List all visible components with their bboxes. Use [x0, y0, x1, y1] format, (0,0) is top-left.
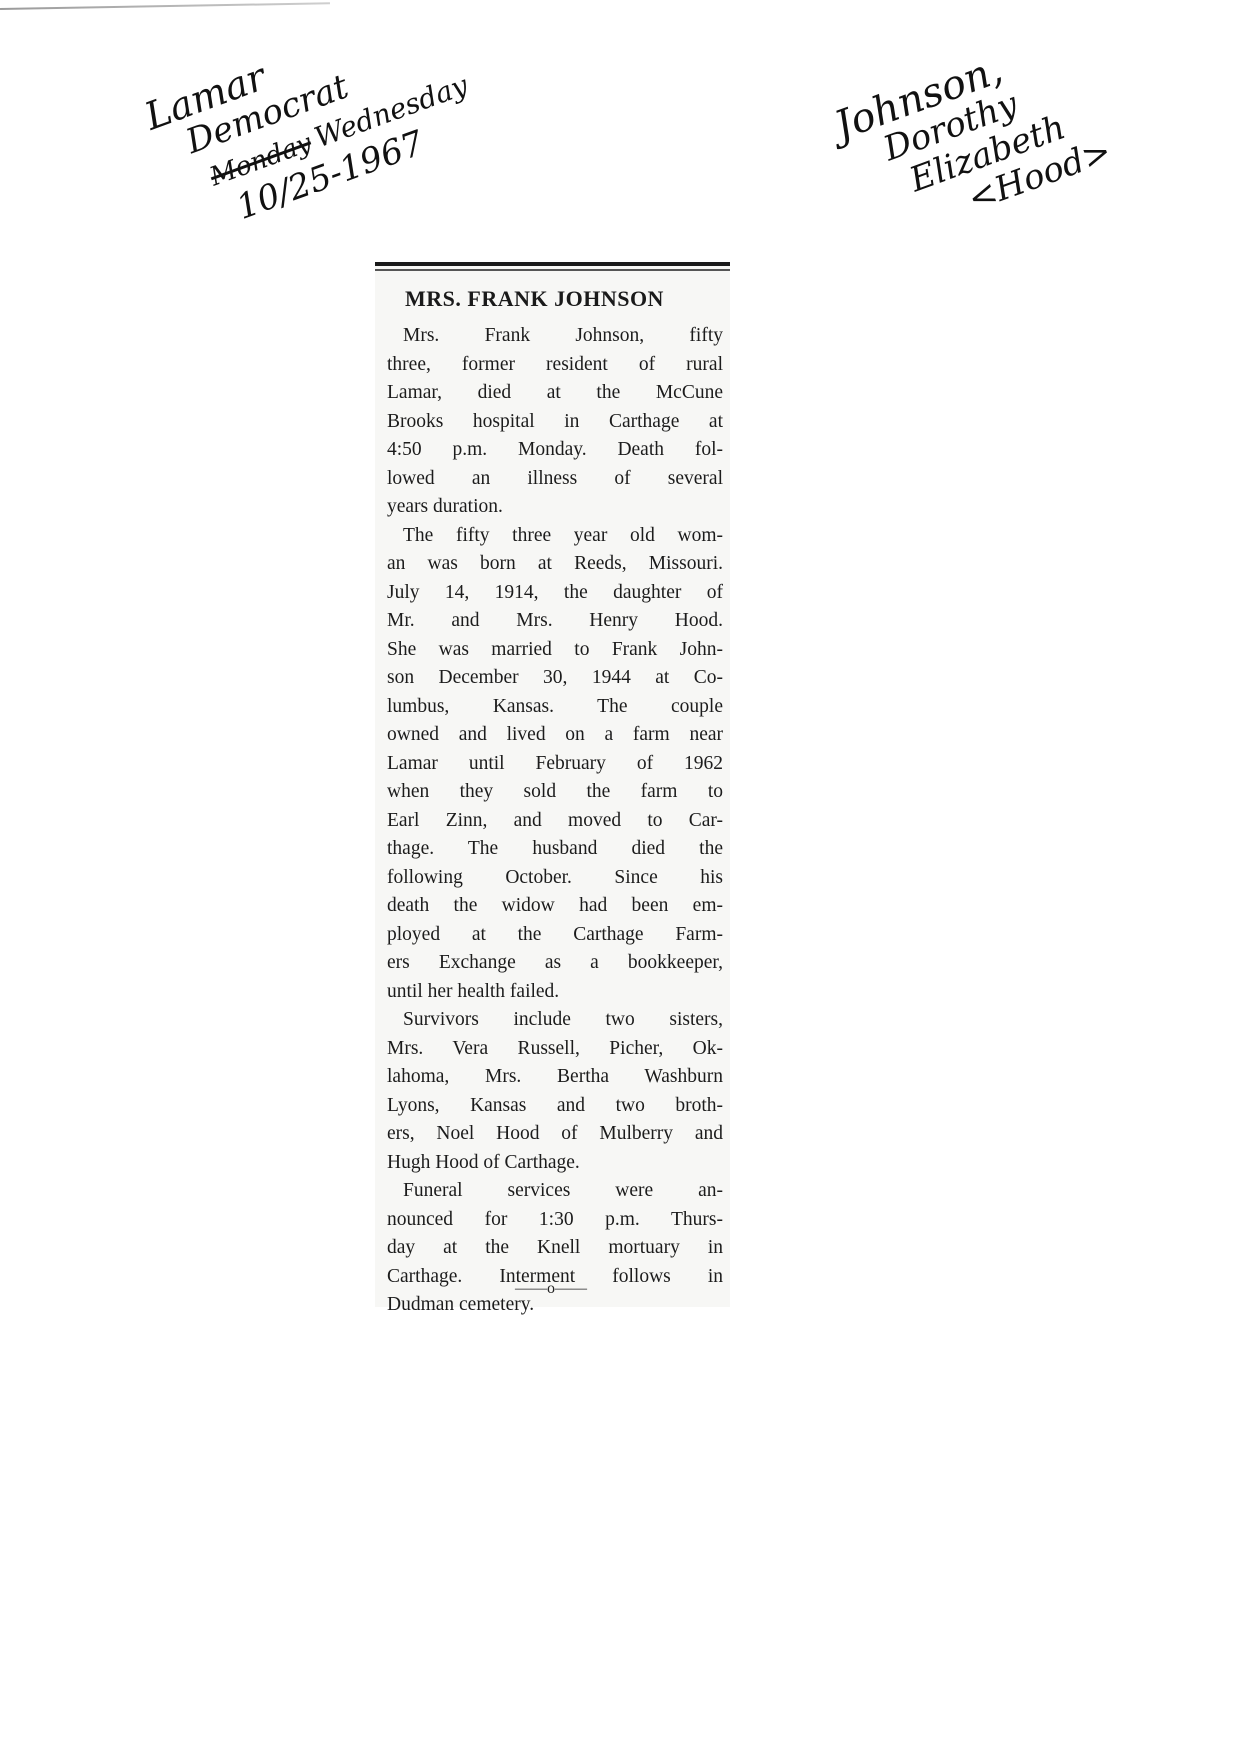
- scan-edge-line: [0, 2, 330, 10]
- text-line: death the widow had been em-: [387, 892, 723, 921]
- text-line: lowed an illness of several: [387, 465, 723, 494]
- text-line: owned and lived on a farm near: [387, 721, 723, 750]
- text-line: Earl Zinn, and moved to Car-: [387, 807, 723, 836]
- text-line: when they sold the farm to: [387, 778, 723, 807]
- obituary-paragraph: The fifty three year old wom-an was born…: [387, 522, 723, 1007]
- handwritten-source-note: Lamar Democrat MondayWednesday 10/25-196…: [140, 0, 486, 246]
- text-line: an was born at Reeds, Missouri.: [387, 550, 723, 579]
- top-rule: [375, 262, 730, 266]
- obituary-paragraph: Funeral services were an-nounced for 1:3…: [387, 1177, 723, 1320]
- text-line: son December 30, 1944 at Co-: [387, 664, 723, 693]
- end-mark: ——o——: [515, 1280, 587, 1298]
- text-line: ployed at the Carthage Farm-: [387, 921, 723, 950]
- text-line: until her health failed.: [387, 978, 723, 1007]
- text-line: thage. The husband died the: [387, 835, 723, 864]
- handwritten-name-note: Johnson, Dorothy Elizabeth <Hood>: [830, 25, 1116, 253]
- text-line: Mr. and Mrs. Henry Hood.: [387, 607, 723, 636]
- text-line: July 14, 1914, the daughter of: [387, 579, 723, 608]
- text-line: The fifty three year old wom-: [387, 522, 723, 551]
- text-line: Hugh Hood of Carthage.: [387, 1149, 723, 1178]
- text-line: Lyons, Kansas and two broth-: [387, 1092, 723, 1121]
- text-line: day at the Knell mortuary in: [387, 1234, 723, 1263]
- top-rule-thin: [375, 269, 730, 271]
- text-line: Funeral services were an-: [387, 1177, 723, 1206]
- text-line: Mrs. Vera Russell, Picher, Ok-: [387, 1035, 723, 1064]
- text-line: nounced for 1:30 p.m. Thurs-: [387, 1206, 723, 1235]
- text-line: lahoma, Mrs. Bertha Washburn: [387, 1063, 723, 1092]
- text-line: years duration.: [387, 493, 723, 522]
- text-line: Lamar until February of 1962: [387, 750, 723, 779]
- text-line: Lamar, died at the McCune: [387, 379, 723, 408]
- text-line: ers, Noel Hood of Mulberry and: [387, 1120, 723, 1149]
- text-line: Survivors include two sisters,: [387, 1006, 723, 1035]
- text-line: lumbus, Kansas. The couple: [387, 693, 723, 722]
- obituary-clipping: MRS. FRANK JOHNSON Mrs. Frank Johnson, f…: [375, 262, 730, 1307]
- obituary-body: Mrs. Frank Johnson, fiftythree, former r…: [387, 322, 723, 1320]
- text-line: three, former resident of rural: [387, 351, 723, 380]
- text-line: 4:50 p.m. Monday. Death fol-: [387, 436, 723, 465]
- text-line: following October. Since his: [387, 864, 723, 893]
- text-line: She was married to Frank John-: [387, 636, 723, 665]
- obituary-paragraph: Mrs. Frank Johnson, fiftythree, former r…: [387, 322, 723, 522]
- text-line: ers Exchange as a bookkeeper,: [387, 949, 723, 978]
- obituary-paragraph: Survivors include two sisters,Mrs. Vera …: [387, 1006, 723, 1177]
- obituary-headline: MRS. FRANK JOHNSON: [405, 286, 664, 312]
- text-line: Brooks hospital in Carthage at: [387, 408, 723, 437]
- text-line: Mrs. Frank Johnson, fifty: [387, 322, 723, 351]
